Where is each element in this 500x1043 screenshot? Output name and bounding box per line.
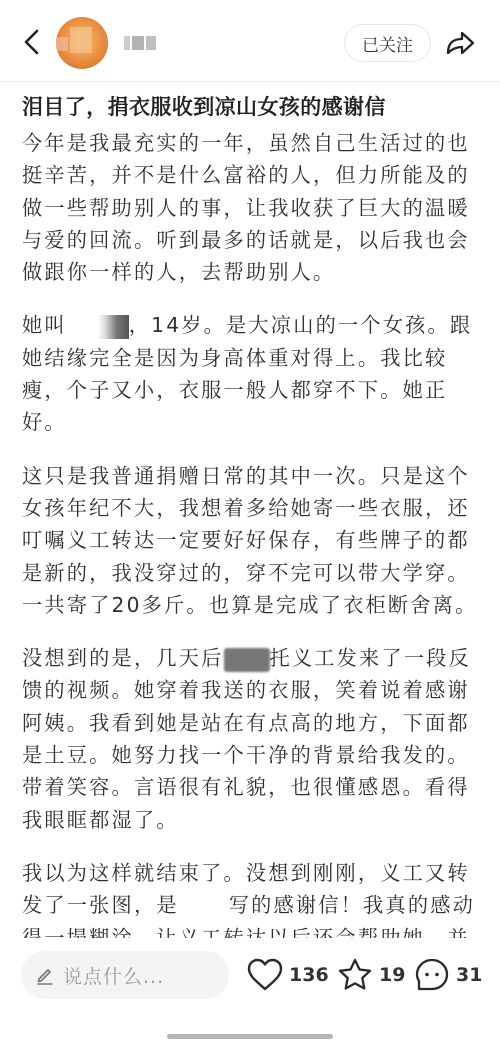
comment-count: 31 <box>456 964 482 986</box>
author-name-blurred[interactable] <box>118 34 162 52</box>
share-arrow-icon <box>444 28 476 58</box>
share-button[interactable] <box>444 28 476 58</box>
paragraph-2: 她叫，14岁。是大凉山的一个女孩。跟她结缘完全是因为身高体重对得上。我比较瘦，个… <box>22 309 482 438</box>
bottom-action-bar: 说点什么... 136 19 31 <box>0 938 500 1043</box>
top-nav-bar: 已关注 <box>0 0 500 82</box>
pencil-icon <box>35 965 55 985</box>
comment-placeholder: 说点什么... <box>63 962 164 989</box>
paragraph-4: 没想到的是，几天后托义工发来了一段反馈的视频。她穿着我送的衣服，笑着说着感谢阿姨… <box>22 642 482 836</box>
heart-icon <box>247 958 283 992</box>
paragraph-1: 今年是我最充实的一年，虽然自己生活过的也挺辛苦，并不是什么富裕的人，但力所能及的… <box>22 127 482 288</box>
paragraph-3: 这只是我普通捐赠日常的其中一次。只是这个女孩年纪不大，我想着多给她寄一些衣服，还… <box>22 460 482 621</box>
paragraph-4-start: 没想到的是，几天后 <box>22 646 224 670</box>
paragraph-4-rest: 托义工发来了一段反馈的视频。她穿着我送的衣服，笑着说着感谢阿姨。我看到她是站在有… <box>22 646 471 831</box>
post-content: 泪目了，捐衣服收到凉山女孩的感谢信 今年是我最充实的一年，虽然自己生活过的也挺辛… <box>22 92 482 1018</box>
redacted-name <box>179 895 229 919</box>
back-button[interactable] <box>18 26 48 58</box>
home-indicator[interactable] <box>167 1034 333 1039</box>
author-avatar[interactable] <box>56 17 108 69</box>
favorite-count: 19 <box>379 964 405 986</box>
post-title: 泪目了，捐衣服收到凉山女孩的感谢信 <box>22 92 482 122</box>
redacted-name <box>67 315 129 339</box>
like-button[interactable]: 136 <box>247 956 329 994</box>
follow-button[interactable]: 已关注 <box>344 24 431 62</box>
redacted-name <box>224 648 270 672</box>
paragraph-2-start: 她叫 <box>22 313 67 337</box>
comment-bubble-icon <box>414 957 450 993</box>
favorite-button[interactable]: 19 <box>337 956 405 994</box>
comment-button[interactable]: 31 <box>414 956 482 994</box>
like-count: 136 <box>289 964 329 986</box>
chevron-left-icon <box>18 26 48 58</box>
comment-input[interactable]: 说点什么... <box>21 951 229 999</box>
star-icon <box>337 957 373 993</box>
